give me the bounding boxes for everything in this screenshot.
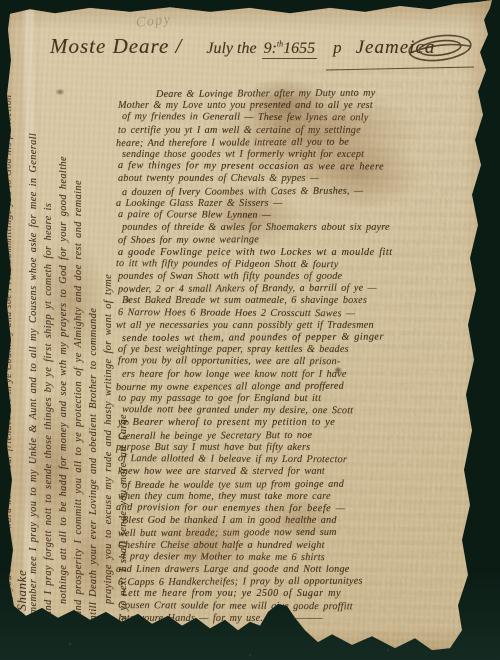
- letter-line: of Breade he woulde tye sum up from goin…: [122, 477, 482, 491]
- date-month: July the: [206, 40, 256, 57]
- margin-line: and I pray forgett nott to sende those t…: [41, 86, 56, 616]
- letter-line: bourne my owne expences all alonge and p…: [116, 380, 482, 394]
- margin-line: by ye next I shall sende you more att La…: [116, 86, 131, 626]
- letter-line: well butt want breade; sum goode now sen…: [118, 526, 482, 540]
- margin-line: untill Death your ever Lovinge and obedi…: [86, 86, 101, 626]
- letter-line: 6 Capps 6 Handkercheifes; I pray by all …: [118, 575, 482, 589]
- letter-line: powder, 2 or 4 small Ankers of Brandy, a…: [118, 282, 482, 296]
- margin-line: prayinge you to excuse my rude and hasty…: [101, 86, 116, 604]
- letter-line: 6 Narrow Hoes 6 Broade Hoes 2 Crosscutt …: [118, 307, 482, 321]
- letter-line: a paire of Course Blew Lynnen —: [118, 209, 482, 223]
- margin-cross-writing: Remember mee I pray you to my Unkle & Au…: [26, 86, 132, 626]
- letter-line: to certifie you yt I am well & certaine …: [118, 125, 482, 137]
- date-year: 1655: [283, 40, 315, 57]
- letter-line: knew how wee are starved & sterved for w…: [118, 466, 482, 478]
- letter-line: about twenty poundes of Chevals & pypes …: [118, 173, 482, 185]
- edge-writing: I pray you send mee word how all our fri…: [4, 60, 20, 620]
- margin-line: and prosperity I committ you all to ye p…: [71, 86, 86, 616]
- letter-line: heare; And therefore I woulde intreate a…: [116, 136, 482, 150]
- letter-line: to itt wth fifty poundes of Pidgeon Shot…: [116, 258, 482, 272]
- bleed-line: Into youre Hands — for my use. ——————: [108, 627, 488, 644]
- letter-line: a goode Fowlinge peice with two Lockes w…: [118, 247, 482, 259]
- letter-line: a few thinges for my present occasion as…: [118, 160, 482, 174]
- letter-line: ers heare for how longe wee know nott fo…: [122, 369, 482, 381]
- letter-line: Lett me heare from you; ye 2500 of Sugar…: [122, 588, 482, 600]
- ink-flourish-scribble-icon: [404, 30, 476, 68]
- salutation: Moste Deare /: [50, 34, 182, 58]
- date-day: 9:: [264, 40, 277, 57]
- photo-background: Deare & Lovinge Brother after my Duty un…: [0, 0, 500, 660]
- letter-line: Generall he beinge ye Secretary But to n…: [118, 429, 482, 443]
- per-symbol: p: [333, 38, 342, 57]
- letter-line: a Lookinge Glass Razer & Sissers —: [116, 198, 482, 210]
- letter-line: of Lande allotted & I beleave if my Lord…: [118, 453, 482, 467]
- letter-line: Cousen Cratt soulde for mee will give go…: [118, 600, 482, 614]
- letter-line: from you by all opportunities, wee are a…: [118, 356, 482, 370]
- letter-line: of my friendes in Generall — These few l…: [122, 111, 482, 125]
- letter-line: and provision for our enemyes then for b…: [116, 502, 482, 516]
- pencil-annotation: Copy: [135, 12, 172, 32]
- letter-line: Cheshire Cheise about halfe a hundred we…: [118, 540, 482, 552]
- margin-line: nothinge att all to be hadd for money an…: [56, 86, 71, 604]
- letter-line: woulde nott bee granted under my desire,…: [122, 404, 482, 418]
- letter-line: Deare & Lovinge Brother after my Duty un…: [156, 87, 482, 101]
- margin-line: Remember mee I pray you to my Unkle & Au…: [26, 86, 41, 626]
- letter-line: Into youre Hands — for my use. ——————: [118, 613, 482, 625]
- letter-line: sende tooles wt them, and poundes of pep…: [122, 331, 482, 345]
- letter-line: wt all ye necessaries you cann possibly …: [116, 320, 482, 332]
- letter-line: of Shoes for my owne wearinge: [118, 233, 482, 247]
- letter-line: when they cum home, they must take more …: [118, 491, 482, 503]
- letter-line: a douzen of Ivery Coombes with Cases & B…: [122, 185, 482, 199]
- letter-line: Best Baked Breade wt sum oatmeale, 6 sha…: [122, 295, 482, 307]
- letter-line: purpose But say I must have but fifty ak…: [116, 442, 482, 454]
- signature: Charles Shanke: [14, 550, 40, 660]
- letter-line: I pray desier my Mother to make me 6 shi…: [122, 551, 482, 565]
- letter-paper: Deare & Lovinge Brother after my Duty un…: [0, 0, 500, 660]
- letter-line: ye Bearer wherof to present my petition …: [118, 417, 482, 429]
- letter-body: Deare & Lovinge Brother after my Duty un…: [118, 88, 482, 625]
- date-day-year: 9:th1655: [262, 40, 318, 59]
